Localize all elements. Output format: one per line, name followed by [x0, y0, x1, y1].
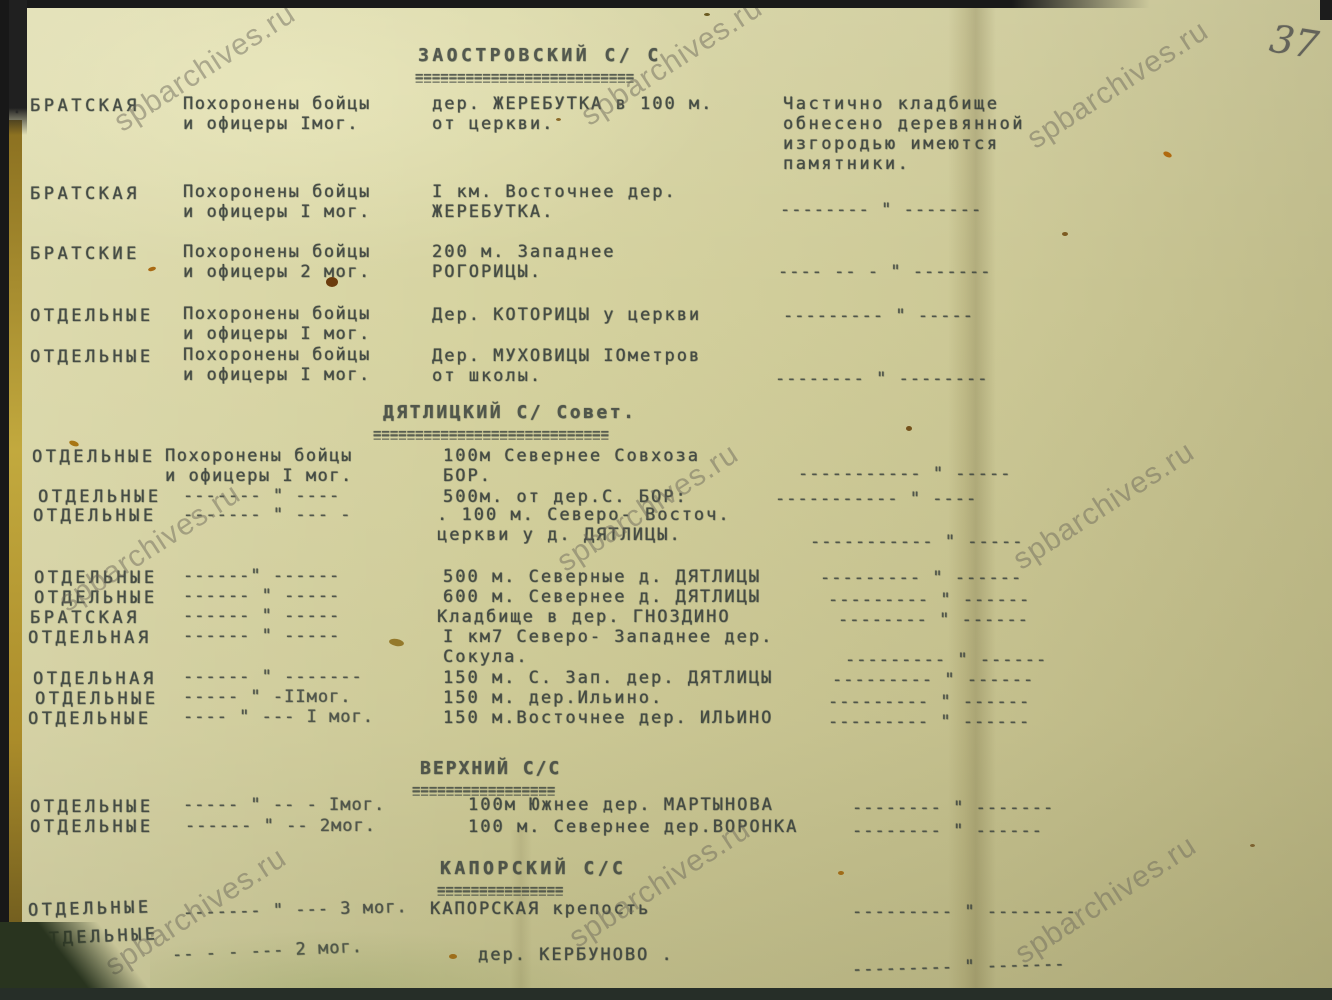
grave-type-label: ОТДЕЛЬНАЯ [33, 669, 157, 689]
scan-edge-top-right [1320, 0, 1332, 20]
grave-type-label: ОТДЕЛЬНЫЕ [32, 447, 156, 467]
row-marker: . [12, 98, 22, 118]
row-marker: . [12, 352, 22, 372]
page-number-pencil: 37 [1267, 16, 1322, 67]
ditto-mark: ----------- " ----- [798, 464, 1011, 484]
burial-info: Похоронены бойцы и офицеры I мог. [183, 182, 371, 222]
grave-location: дер. ЖЕРЕБУТКА в 100 м. от церкви. [432, 94, 713, 134]
grave-type-label: ОТДЕЛЬНАЯ [28, 628, 152, 648]
grave-type-label: БРАТСКАЯ [30, 184, 140, 204]
grave-location: Дер. КОТОРИЦЫ у церкви [432, 305, 701, 325]
section-title: ДЯТЛИЦКИЙ С/ Совет. [383, 403, 636, 423]
grave-type-label: БРАТСКИЕ [30, 244, 140, 264]
section-title-underline: ================= [412, 785, 555, 795]
ditto-mark: ----- " -IIмог. [183, 687, 352, 707]
grave-type-label: ОТДЕЛЬНЫЕ [34, 588, 158, 608]
ditto-mark: ------- " --- - [183, 505, 352, 525]
ditto-mark: ------- " ---- [183, 486, 340, 506]
grave-location: I км. Восточнее дер. ЖЕРЕБУТКА. [432, 182, 677, 222]
row-marker: . [12, 492, 22, 512]
grave-location: 600 м. Севернее д. ДЯТЛИЦЫ [443, 587, 761, 607]
archive-watermark: spbarchives.ru [1007, 435, 1201, 577]
grave-location: 500м. от дер.С. БОР: [443, 487, 688, 507]
grave-location: 100 м. Севернее дер.ВОРОНКА [468, 817, 798, 837]
ditto-mark: --------- " ------ [845, 650, 1047, 670]
paper-speck [148, 266, 157, 272]
grave-type-label: ОТДЕЛЬНЫЕ [30, 306, 154, 326]
paper-speck [906, 426, 912, 431]
ditto-mark: --------- " -------- [852, 902, 1077, 922]
section-title: ЗАОСТРОВСКИЙ С/ С [418, 46, 662, 66]
grave-type-label: ОТДЕЛЬНЫЕ [33, 506, 157, 526]
row-marker: . [12, 312, 22, 332]
scan-edge-left [0, 0, 9, 1000]
burial-info: Похоронены бойцы и офицеры I мог. [183, 345, 371, 385]
paper-green-tint [150, 930, 610, 1000]
ditto-mark: --------- " ------ [828, 590, 1030, 610]
ditto-mark: ---- " --- I мог. [183, 707, 374, 727]
burial-info: Похоронены бойцы и офицеры I мог. [183, 304, 371, 344]
ditto-mark: ------ " ----- [183, 606, 340, 626]
grave-location: Дер. МУХОВИЦЫ IОметров от школы. [432, 346, 701, 386]
ditto-mark: -------- " ------- [852, 798, 1054, 818]
grave-location: . 100 м. Северо- Восточ. церкви у д. ДЯТ… [437, 505, 731, 545]
grave-type-label: БРАТСКАЯ [30, 96, 140, 116]
ditto-mark: ------ " ----- [183, 586, 340, 606]
ditto-mark: ------ " -- 2мог. [185, 816, 376, 836]
paper-speck [449, 954, 457, 959]
paper-speck [704, 13, 710, 16]
grave-location: дер. КЕРБУНОВО . [478, 945, 674, 965]
ditto-mark: --------- " ------ [832, 670, 1034, 690]
burial-info: Похоронены бойцы и офицеры Iмог. [183, 94, 371, 134]
ditto-mark: --------- " ------ [820, 568, 1022, 588]
ditto-mark: -------- " -------- [775, 369, 988, 389]
ditto-mark: ------- " --- 3 мог. [183, 897, 408, 923]
grave-type-label: ОТДЕЛЬНЫЕ [30, 347, 154, 367]
section-title-underline: ========================== [415, 72, 634, 82]
paper-speck [1250, 844, 1255, 847]
burial-info: Похоронены бойцы и офицеры I мог. [165, 446, 353, 486]
section-title: ВЕРХНИЙ С/С [420, 759, 561, 779]
ditto-mark: ------ " ----- [183, 626, 340, 646]
section-title-underline: ============================ [373, 429, 609, 439]
grave-location: 200 м. Западнее РОГОРИЦЫ. [432, 242, 616, 282]
scan-edge-bottom [0, 988, 1332, 1000]
grave-location: 500 м. Северные д. ДЯТЛИЦЫ [443, 567, 761, 587]
grave-type-label: ОТДЕЛЬНЫЕ [35, 924, 159, 949]
paper-speck [1062, 232, 1068, 236]
ditto-mark: -------- " ------ [838, 610, 1029, 630]
ditto-mark: -------- " ------ [852, 821, 1043, 841]
grave-location: I км7 Северо- Западнее дер. Сокула. [443, 627, 773, 667]
scan-edge-top [0, 0, 1150, 8]
ditto-mark: --------- " ----- [783, 306, 974, 326]
ditto-mark: --------- " ------ [828, 692, 1030, 712]
section-title: КАПОРСКИЙ С/С [440, 859, 626, 879]
grave-type-label: ОТДЕЛЬНЫЕ [34, 568, 158, 588]
paper-speck [838, 871, 844, 875]
ditto-mark: ------" ------ [183, 566, 340, 586]
ditto-mark: ----- " -- - Iмог. [183, 795, 385, 815]
grave-notes: Частично кладбище обнесено деревянной из… [783, 94, 1025, 174]
grave-location: 150 м.Восточнее дер. ИЛЬИНО [443, 708, 773, 728]
ditto-mark: ------ " ------- [183, 667, 363, 687]
grave-location: 150 м. дер.Ильино. [443, 688, 663, 708]
grave-type-label: ОТДЕЛЬНЫЕ [38, 487, 162, 507]
grave-location: КАПОРСКАЯ крепость [430, 899, 650, 919]
grave-type-label: ОТДЕЛЬНЫЕ [35, 689, 159, 709]
grave-location: 100м Севернее Совхоза БОР. [443, 446, 700, 486]
grave-type-label: ОТДЕЛЬНЫЕ [30, 817, 154, 837]
paper-stain [389, 638, 405, 647]
section-title-underline: =============== [437, 885, 563, 895]
archive-watermark: spbarchives.ru [1009, 829, 1203, 971]
paper-speck [1162, 150, 1172, 158]
ditto-mark: ----------- " ---- [775, 489, 977, 509]
ditto-mark: ----------- " ----- [810, 532, 1023, 552]
document-scan: ЗАОСТРОВСКИЙ С/ С ======================… [0, 0, 1332, 1000]
row-marker: . [12, 250, 22, 270]
row-marker: . [12, 188, 22, 208]
grave-type-label: ОТДЕЛЬНЫЕ [28, 897, 152, 920]
grave-type-label: ОТДЕЛЬНЫЕ [28, 709, 152, 729]
grave-type-label: ОТДЕЛЬНЫЕ [30, 797, 154, 817]
ditto-mark: --------- " ------ [828, 712, 1030, 732]
grave-type-label: БРАТСКАЯ [30, 608, 140, 628]
ditto-mark: ---- -- - " ------- [778, 262, 991, 282]
ditto-mark: -- - - --- 2 мог. [172, 937, 364, 965]
ditto-mark: -------- " ------- [780, 200, 982, 220]
grave-location: 100м Южнее дер. МАРТЫНОВА [468, 795, 774, 815]
grave-location: 150 м. С. Зап. дер. ДЯТЛИЦЫ [443, 668, 773, 688]
grave-location: Кладбище в дер. ГНОЗДИНО [437, 607, 731, 627]
ditto-mark: --------- " ------- [852, 954, 1066, 980]
archive-watermark: spbarchives.ru [1021, 14, 1215, 156]
scan-edge-gold-sliver [8, 120, 22, 945]
burial-info: Похоронены бойцы и офицеры 2 мог. [183, 242, 371, 282]
